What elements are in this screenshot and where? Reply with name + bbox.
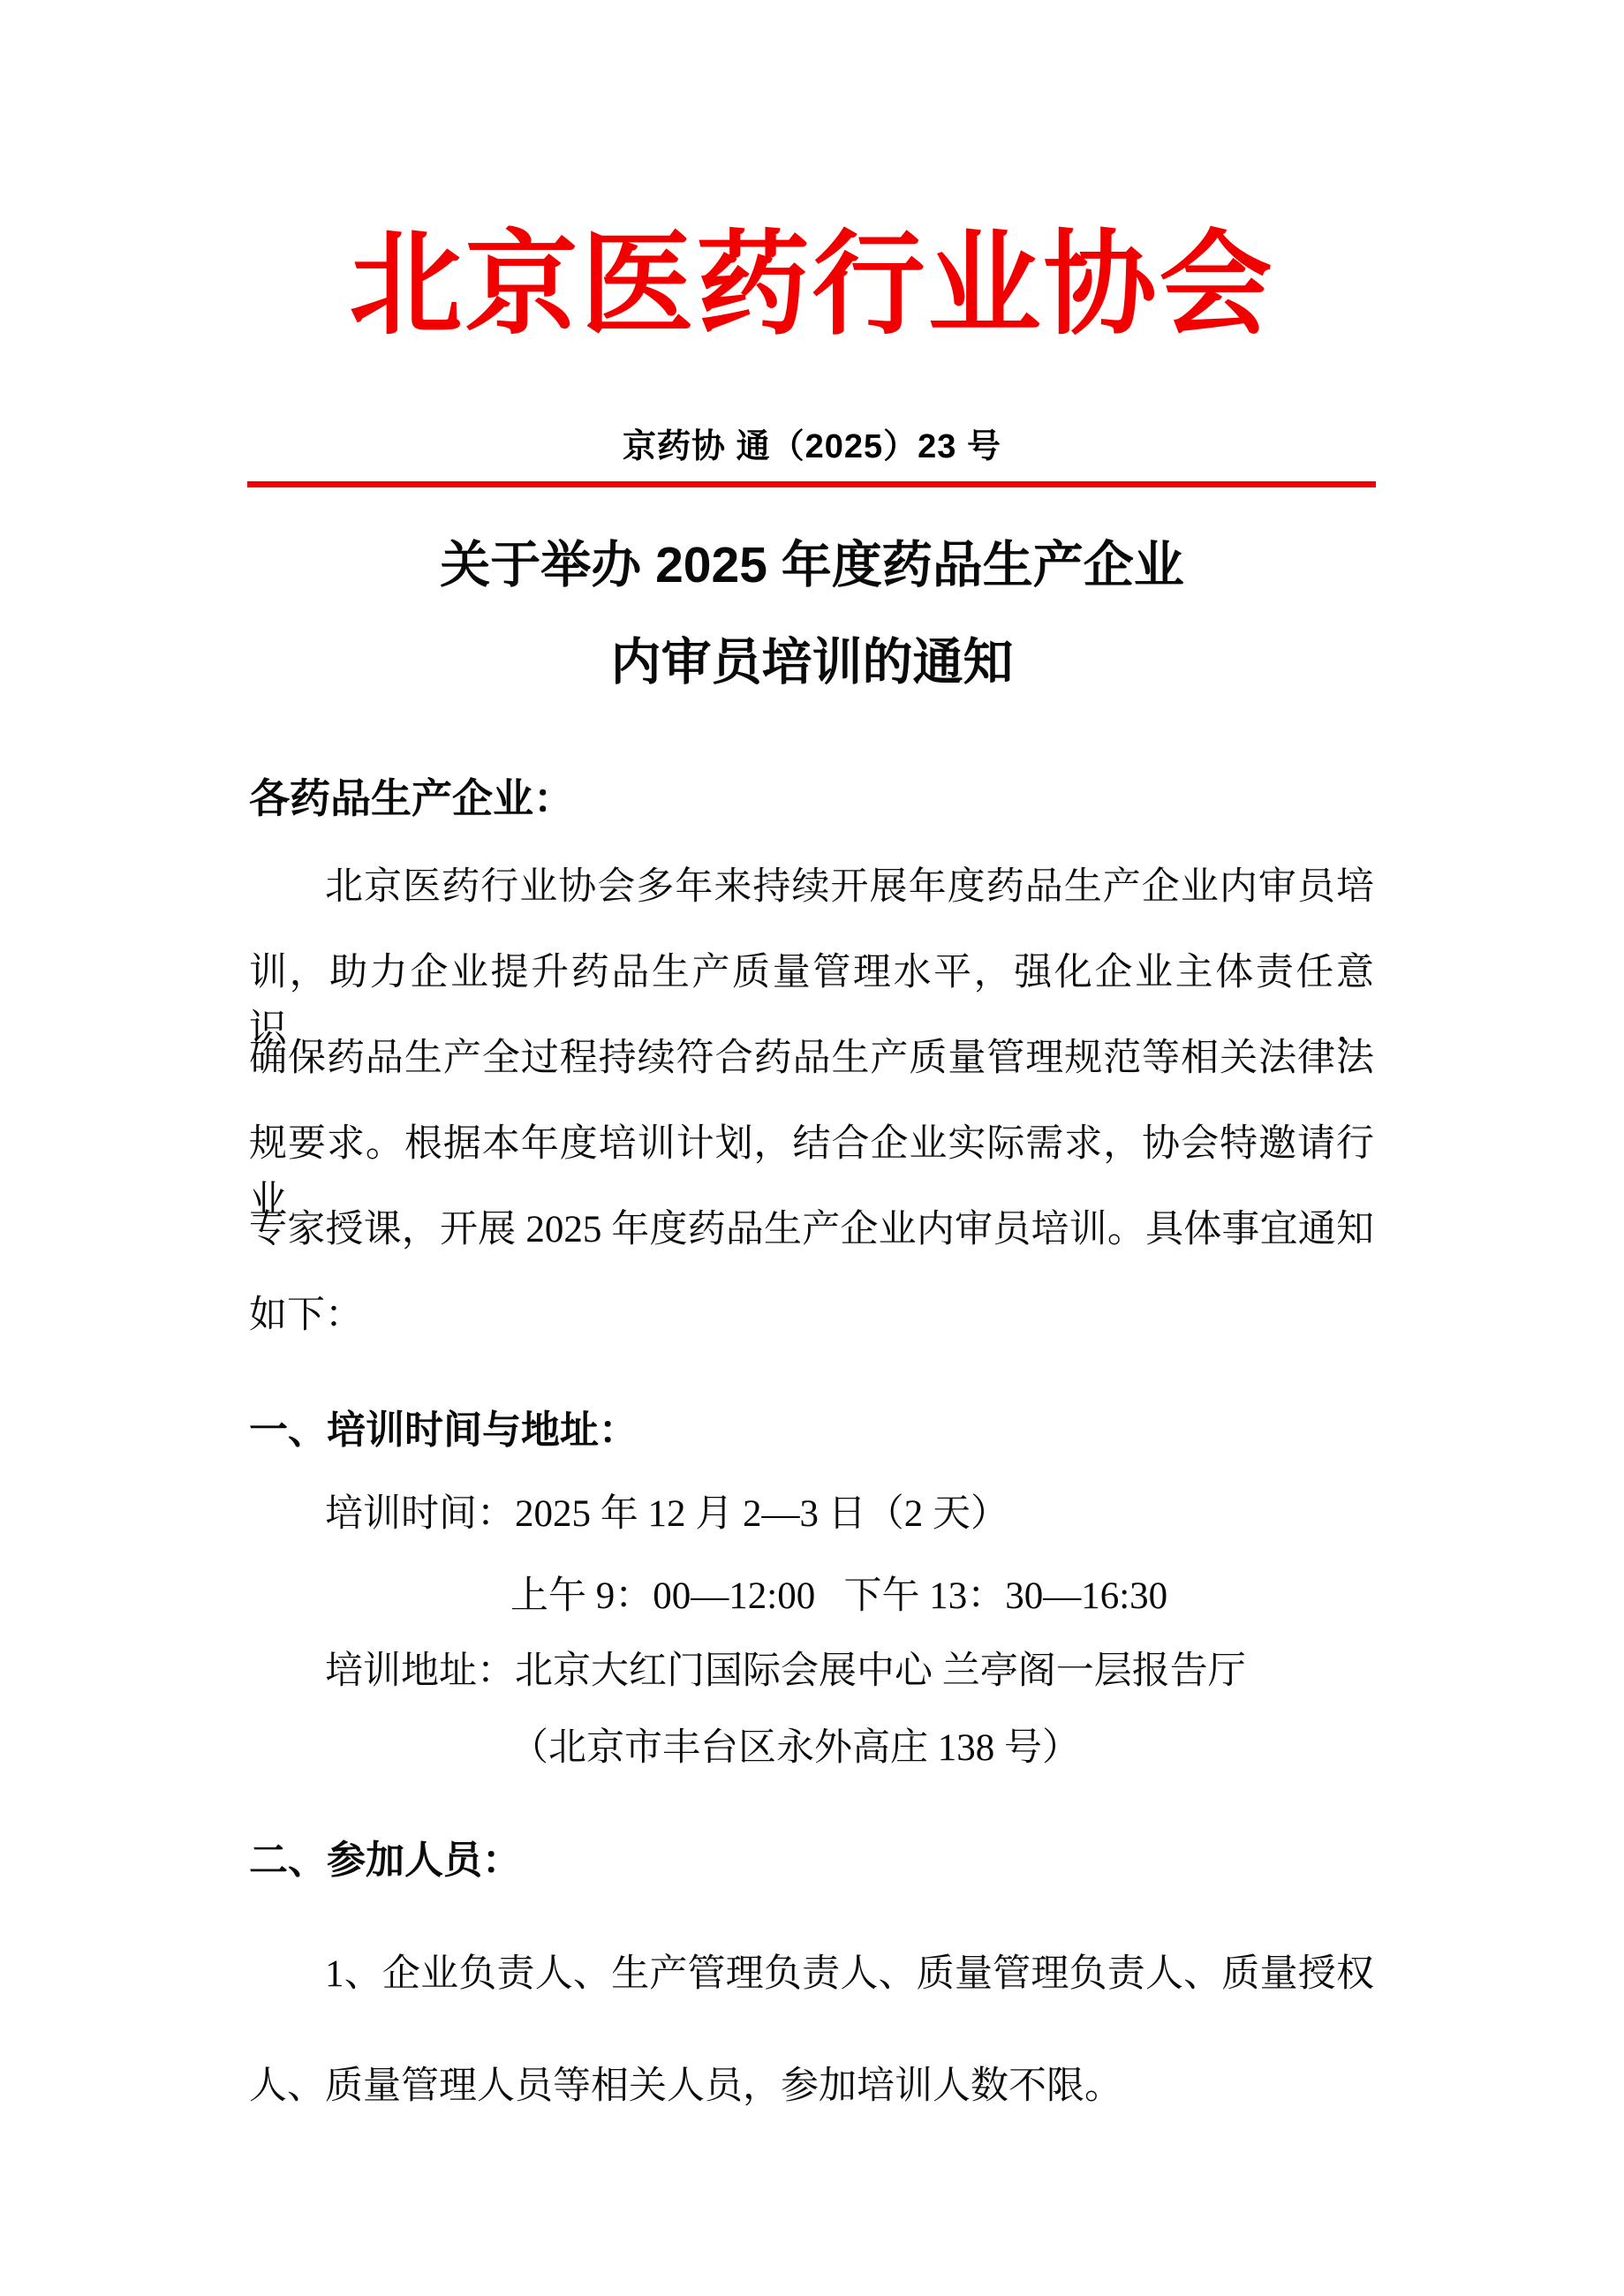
paragraph1-line6: 如下：	[249, 1288, 1374, 1344]
training-hours-line: 上午 9：00—12:00 下午 13：30—16:30	[249, 1568, 1374, 1625]
paragraph1-line3: 确保药品生产全过程持续符合药品生产质量管理规范等相关法律法	[249, 1031, 1374, 1087]
paragraph1-line4: 规要求。根据本年度培训计划，结合企业实际需求，协会特邀请行业	[249, 1116, 1374, 1173]
section2-line2: 人、质量管理人员等相关人员，参加培训人数不限。	[249, 2058, 1374, 2115]
section1-heading: 一、培训时间与地址：	[249, 1402, 1374, 1459]
training-time-line: 培训时间：2025 年 12 月 2—3 日（2 天）	[249, 1486, 1374, 1543]
section2-line1: 1、企业负责人、生产管理负责人、质量管理负责人、质量授权	[249, 1946, 1374, 2003]
document-page: 北京医药行业协会 京药协 通（2025）23 号 关于举办 2025 年度药品生…	[0, 0, 1624, 2296]
training-venue-line: 培训地址：北京大红门国际会展中心 兰亭阁一层报告厅	[249, 1643, 1374, 1700]
paragraph1-line5: 专家授课，开展 2025 年度药品生产企业内审员培训。具体事宜通知	[249, 1202, 1374, 1258]
paragraph1-line2: 训，助力企业提升药品生产质量管理水平，强化企业主体责任意识，	[249, 945, 1374, 1001]
training-address-line: （北京市丰台区永外高庄 138 号）	[249, 1720, 1374, 1777]
section2-heading: 二、参加人员：	[249, 1832, 1374, 1889]
notice-title-line2: 内审员培训的通知	[0, 631, 1624, 694]
paragraph1-line1: 北京医药行业协会多年来持续开展年度药品生产企业内审员培	[249, 859, 1374, 916]
organization-title: 北京医药行业协会	[0, 219, 1624, 351]
red-divider-line	[247, 481, 1376, 487]
salutation: 各药品生产企业：	[249, 771, 1374, 827]
notice-title-line1: 关于举办 2025 年度药品生产企业	[0, 533, 1624, 597]
document-number: 京药协 通（2025）23 号	[0, 422, 1624, 472]
